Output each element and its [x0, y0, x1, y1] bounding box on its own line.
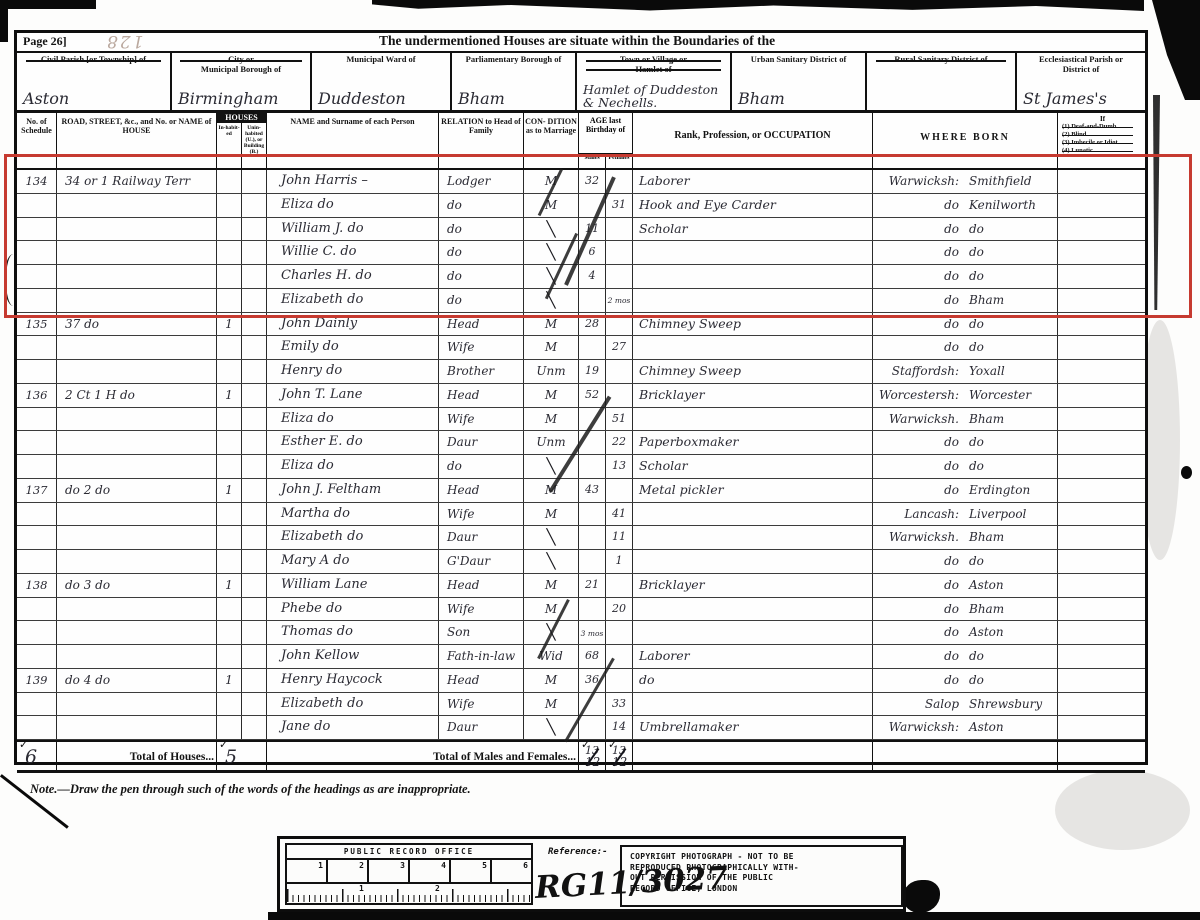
cell-relation: Daur — [439, 431, 524, 454]
cell-infirmities — [1058, 241, 1145, 264]
col-header-infirm-title: If — [1062, 115, 1143, 123]
cell-schedule — [17, 241, 57, 264]
cell-inhabited — [217, 503, 242, 526]
cell-schedule — [17, 431, 57, 454]
cell-condition: ╲ — [524, 289, 579, 312]
district-label: Municipal Ward of — [312, 55, 450, 65]
cell-condition: ╲ — [524, 526, 579, 549]
cell-infirmities — [1058, 574, 1145, 597]
cell-schedule: 134 — [17, 170, 57, 193]
cell-born: dodo — [873, 645, 1058, 668]
cell-infirmities — [1058, 170, 1145, 193]
total-males-new: 12 — [585, 755, 600, 769]
cell-born: Warwicksh:Aston — [873, 716, 1058, 739]
cell-uninhabited — [242, 170, 267, 193]
cell-born: doKenilworth — [873, 194, 1058, 217]
census-scan-page: Page 26] 128 The undermentioned Houses a… — [0, 0, 1200, 920]
cell-born: doBham — [873, 598, 1058, 621]
ruler-cm-label: 1 — [359, 884, 364, 893]
cell-uninhabited — [242, 194, 267, 217]
cell-inhabited: 1 — [217, 574, 242, 597]
cell-uninhabited — [242, 550, 267, 573]
cell-condition: M — [524, 693, 579, 716]
cell-born: doAston — [873, 621, 1058, 644]
cell-age_f — [606, 621, 633, 644]
district-value: Hamlet of Duddeston& Nechells. — [583, 83, 718, 109]
cell-name: John J. Feltham — [267, 479, 439, 502]
cell-relation: Son — [439, 621, 524, 644]
cell-inhabited: 1 — [217, 384, 242, 407]
cell-inhabited — [217, 693, 242, 716]
cell-age_m: 21 — [579, 574, 606, 597]
cell-name: Charles H. do — [267, 265, 439, 288]
cell-relation: do — [439, 289, 524, 312]
check-mark: ✓ — [19, 738, 28, 751]
table-row: Phebe doWifeM20doBham — [17, 598, 1145, 622]
cell-inhabited — [217, 598, 242, 621]
col-header-infirm-item: (2) Blind — [1062, 131, 1143, 139]
cell-uninhabited — [242, 218, 267, 241]
cell-name: Emily do — [267, 336, 439, 359]
cell-name: John Kellow — [267, 645, 439, 668]
cell-age_m — [579, 716, 606, 739]
table-row: 138do 3 do1William LaneHeadM21Bricklayer… — [17, 574, 1145, 598]
cell-occupation: Scholar — [633, 455, 873, 478]
cell-address: 37 do — [57, 313, 217, 336]
cell-inhabited — [217, 170, 242, 193]
table-row: Eliza dodoM31Hook and Eye CarderdoKenilw… — [17, 194, 1145, 218]
scan-artifact-top-left-v — [0, 0, 8, 42]
col-header-age-title: AGE last Birthday of — [579, 113, 632, 153]
col-header-infirmities: If (1) Deaf-and-Dumb(2) Blind(3) Imbecil… — [1058, 113, 1145, 168]
scan-artifact-top-bar — [372, 0, 1144, 11]
cell-age_m — [579, 455, 606, 478]
scan-smudge-bottom-right — [1055, 770, 1190, 850]
cell-address: do 4 do — [57, 669, 217, 692]
total-males-females-label: Total of Males and Females... — [267, 742, 579, 772]
column-header-row: No. of Schedule ROAD, STREET, &c., and N… — [17, 113, 1145, 170]
cell-relation: Brother — [439, 360, 524, 383]
cell-uninhabited — [242, 669, 267, 692]
table-row: 137do 2 do1John J. FelthamHeadM43Metal p… — [17, 479, 1145, 503]
cell-condition: M — [524, 598, 579, 621]
cell-occupation — [633, 598, 873, 621]
table-row: 1362 Ct 1 H do1John T. LaneHeadM52Brickl… — [17, 384, 1145, 408]
cell-born: dodo — [873, 669, 1058, 692]
cell-address — [57, 598, 217, 621]
cell-occupation: Bricklayer — [633, 384, 873, 407]
cell-age_f: 33 — [606, 693, 633, 716]
cell-age_m — [579, 503, 606, 526]
cell-inhabited — [217, 408, 242, 431]
cell-infirmities — [1058, 313, 1145, 336]
pro-ruler: PUBLIC RECORD OFFICE 123456 1 2 — [285, 843, 533, 905]
cell-relation: Head — [439, 574, 524, 597]
scan-artifact-bottom-blob — [903, 880, 940, 913]
cell-address — [57, 693, 217, 716]
cell-born: dodo — [873, 336, 1058, 359]
col-header-inhabited: In-habit-ed — [217, 123, 242, 168]
cell-occupation: Umbrellamaker — [633, 716, 873, 739]
cell-age_f: 2 mos — [606, 289, 633, 312]
cell-age_m — [579, 336, 606, 359]
table-row: Emily doWifeM27dodo — [17, 336, 1145, 360]
cell-age_m: 3 mos — [579, 621, 606, 644]
cell-name: Esther E. do — [267, 431, 439, 454]
district-cell-6: Rural Sanitary District of — [867, 53, 1017, 110]
cell-occupation — [633, 408, 873, 431]
check-mark: ✓ — [219, 738, 228, 751]
cell-infirmities — [1058, 479, 1145, 502]
cell-born: doErdington — [873, 479, 1058, 502]
cell-condition: M — [524, 336, 579, 359]
cell-schedule — [17, 408, 57, 431]
district-label: City or — [172, 55, 310, 65]
scan-artifact-right-streak — [1153, 95, 1160, 310]
cell-relation: Wife — [439, 598, 524, 621]
cell-occupation: Scholar — [633, 218, 873, 241]
folio-stamp-number: 128 — [105, 31, 143, 51]
cell-schedule: 139 — [17, 669, 57, 692]
cell-address — [57, 289, 217, 312]
cell-uninhabited — [242, 503, 267, 526]
scan-artifact-top-right — [1140, 0, 1200, 100]
footer-note: Note.—Draw the pen through such of the w… — [30, 782, 471, 797]
cell-address: 34 or 1 Railway Terr — [57, 170, 217, 193]
ruler-inch-label: 1 — [287, 860, 328, 882]
cell-relation: do — [439, 218, 524, 241]
ruler-cm-scale: 1 2 — [287, 884, 531, 902]
cell-address — [57, 503, 217, 526]
cell-schedule — [17, 716, 57, 739]
cell-relation: Head — [439, 384, 524, 407]
cell-address: do 3 do — [57, 574, 217, 597]
cell-name: John Harris – — [267, 170, 439, 193]
cell-born: dodo — [873, 431, 1058, 454]
district-label: District of — [1017, 65, 1145, 75]
cell-born: dodo — [873, 265, 1058, 288]
cell-condition: Wid — [524, 645, 579, 668]
cell-born: dodo — [873, 455, 1058, 478]
total-houses-value-cell: ✓ 5 — [217, 742, 267, 772]
district-value: St James's — [1023, 89, 1107, 108]
cell-age_f — [606, 218, 633, 241]
copyright-line: RECORD OFFICE, LONDON — [630, 884, 901, 895]
cell-condition: M — [524, 408, 579, 431]
cell-condition: Unm — [524, 431, 579, 454]
col-header-born: WHERE BORN — [873, 113, 1058, 168]
cell-schedule — [17, 693, 57, 716]
ruler-inch-label: 2 — [328, 860, 369, 882]
cell-inhabited — [217, 431, 242, 454]
total-males-cell: ✓ 13 12 — [579, 742, 606, 772]
cell-infirmities — [1058, 360, 1145, 383]
cell-uninhabited — [242, 526, 267, 549]
cell-uninhabited — [242, 408, 267, 431]
cell-infirmities — [1058, 384, 1145, 407]
cell-address — [57, 550, 217, 573]
cell-name: Eliza do — [267, 455, 439, 478]
cell-uninhabited — [242, 598, 267, 621]
cell-relation: Head — [439, 313, 524, 336]
col-header-schedule: No. of Schedule — [17, 113, 57, 168]
district-label: Parliamentary Borough of — [452, 55, 575, 65]
cell-inhabited — [217, 194, 242, 217]
cell-age_m — [579, 550, 606, 573]
cell-relation: Lodger — [439, 170, 524, 193]
cell-occupation: Laborer — [633, 170, 873, 193]
district-label: Municipal Borough of — [172, 65, 310, 75]
cell-born: Worcestersh:Worcester — [873, 384, 1058, 407]
cell-infirmities — [1058, 194, 1145, 217]
cell-occupation — [633, 336, 873, 359]
cell-address — [57, 218, 217, 241]
cell-age_f: 41 — [606, 503, 633, 526]
cell-condition: ╲ — [524, 218, 579, 241]
cell-relation: Fath-in-law — [439, 645, 524, 668]
cell-schedule — [17, 360, 57, 383]
col-header-uninhabited: Unin-habited (U.), or Building (B.) — [242, 123, 266, 168]
cell-inhabited — [217, 716, 242, 739]
cell-relation: do — [439, 455, 524, 478]
cell-inhabited — [217, 360, 242, 383]
total-females-value: 13 12 — [612, 744, 627, 769]
cell-inhabited — [217, 336, 242, 359]
cell-born: SalopShrewsbury — [873, 693, 1058, 716]
cell-uninhabited — [242, 621, 267, 644]
pro-reference-stamp: PUBLIC RECORD OFFICE 123456 1 2 Referenc… — [277, 836, 906, 912]
census-table: Page 26] 128 The undermentioned Houses a… — [14, 30, 1148, 765]
cell-name: Eliza do — [267, 408, 439, 431]
col-header-infirm-item: (1) Deaf-and-Dumb — [1062, 123, 1143, 131]
district-label: Urban Sanitary District of — [732, 55, 865, 65]
cell-infirmities — [1058, 431, 1145, 454]
cell-occupation: Bricklayer — [633, 574, 873, 597]
cell-inhabited: 1 — [217, 669, 242, 692]
table-row: Charles H. dodo╲4dodo — [17, 265, 1145, 289]
cell-address — [57, 716, 217, 739]
cell-name: John Dainly — [267, 313, 439, 336]
cell-condition: M — [524, 313, 579, 336]
cell-schedule — [17, 455, 57, 478]
copyright-notice: COPYRIGHT PHOTOGRAPH - NOT TO BE REPRODU… — [620, 845, 903, 907]
cell-address — [57, 431, 217, 454]
cell-infirmities — [1058, 526, 1145, 549]
cell-name: John T. Lane — [267, 384, 439, 407]
district-value: Duddeston — [318, 89, 406, 108]
cell-inhabited — [217, 241, 242, 264]
cell-occupation — [633, 241, 873, 264]
col-header-name: NAME and Surname of each Person — [267, 113, 439, 168]
cell-name: Elizabeth do — [267, 693, 439, 716]
copyright-line: OUT PERMISSION OF THE PUBLIC — [630, 873, 901, 884]
cell-occupation — [633, 265, 873, 288]
cell-name: Martha do — [267, 503, 439, 526]
cell-infirmities — [1058, 218, 1145, 241]
cell-uninhabited — [242, 479, 267, 502]
cell-infirmities — [1058, 408, 1145, 431]
cell-age_f — [606, 384, 633, 407]
cell-schedule — [17, 218, 57, 241]
cell-schedule — [17, 621, 57, 644]
cell-condition: M — [524, 194, 579, 217]
cell-occupation: Laborer — [633, 645, 873, 668]
cell-occupation — [633, 693, 873, 716]
cell-inhabited — [217, 550, 242, 573]
cell-schedule: 136 — [17, 384, 57, 407]
cell-relation: do — [439, 265, 524, 288]
cell-address — [57, 360, 217, 383]
totals-row: ✓ 6 Total of Houses... ✓ 5 Total of Male… — [17, 740, 1145, 773]
col-header-houses-title: HOUSES — [217, 113, 266, 123]
cell-occupation — [633, 289, 873, 312]
cell-occupation: Chimney Sweep — [633, 313, 873, 336]
title-row: Page 26] 128 The undermentioned Houses a… — [17, 33, 1145, 53]
total-houses-label: Total of Houses... — [57, 742, 217, 772]
page-title: The undermentioned Houses are situate wi… — [379, 33, 775, 49]
cell-name: Jane do — [267, 716, 439, 739]
col-header-infirm-item: (4) Lunatic — [1062, 147, 1143, 155]
cell-age_m: 43 — [579, 479, 606, 502]
district-cell-4: Town or Village orHamlet ofHamlet of Dud… — [577, 53, 732, 110]
district-value: Bham — [738, 89, 785, 108]
cell-age_m — [579, 289, 606, 312]
cell-age_f — [606, 479, 633, 502]
cell-age_f — [606, 265, 633, 288]
cell-infirmities — [1058, 455, 1145, 478]
district-label: Hamlet of — [577, 65, 730, 75]
totals-empty-born — [873, 742, 1058, 772]
cell-age_f: 27 — [606, 336, 633, 359]
cell-name: Elizabeth do — [267, 289, 439, 312]
ruler-inch-label: 4 — [410, 860, 451, 882]
cell-relation: do — [439, 194, 524, 217]
cell-infirmities — [1058, 550, 1145, 573]
cell-condition: M — [524, 503, 579, 526]
cell-relation: do — [439, 241, 524, 264]
table-row: 13537 do1John DainlyHeadM28Chimney Sweep… — [17, 313, 1145, 337]
totals-empty-infirm — [1058, 742, 1145, 772]
cell-schedule: 135 — [17, 313, 57, 336]
table-row: Eliza doWifeM51Warwicksh.Bham — [17, 408, 1145, 432]
cell-uninhabited — [242, 431, 267, 454]
col-header-road: ROAD, STREET, &c., and No. or NAME of HO… — [57, 113, 217, 168]
col-header-age-males: Males — [579, 154, 606, 168]
scan-artifact-right-dot — [1181, 466, 1192, 479]
district-label: Rural Sanitary District of — [867, 55, 1015, 65]
cell-occupation — [633, 621, 873, 644]
cell-age_f: 20 — [606, 598, 633, 621]
table-row: Martha doWifeM41Lancash:Liverpool — [17, 503, 1145, 527]
cell-inhabited: 1 — [217, 479, 242, 502]
ruler-cm-label: 2 — [435, 884, 440, 893]
table-row: Mary A doG'Daur╲1dodo — [17, 550, 1145, 574]
cell-condition: Unm — [524, 360, 579, 383]
cell-age_f: 51 — [606, 408, 633, 431]
cell-inhabited — [217, 455, 242, 478]
cell-infirmities — [1058, 645, 1145, 668]
cell-age_m — [579, 598, 606, 621]
census-rows: 13434 or 1 Railway TerrJohn Harris –Lodg… — [17, 170, 1145, 740]
cell-schedule — [17, 289, 57, 312]
cell-address — [57, 241, 217, 264]
district-cell-0: Civil Parish [or Township] ofAston — [17, 53, 172, 110]
page-number-label: Page 26] — [23, 34, 67, 49]
cell-occupation: Hook and Eye Carder — [633, 194, 873, 217]
scan-artifact-top-left-h — [0, 0, 96, 9]
total-houses-count-cell: ✓ 6 — [17, 742, 57, 772]
cell-schedule — [17, 265, 57, 288]
district-value: Birmingham — [178, 89, 278, 108]
table-row: John KellowFath-in-lawWid68Laborerdodo — [17, 645, 1145, 669]
cell-occupation: Metal pickler — [633, 479, 873, 502]
cell-inhabited — [217, 526, 242, 549]
cell-infirmities — [1058, 289, 1145, 312]
cell-relation: G'Daur — [439, 550, 524, 573]
cell-born: doAston — [873, 574, 1058, 597]
ruler-inch-label: 5 — [451, 860, 492, 882]
table-row: Jane doDaur╲14UmbrellamakerWarwicksh:Ast… — [17, 716, 1145, 740]
cell-name: William J. do — [267, 218, 439, 241]
district-cell-5: Urban Sanitary District ofBham — [732, 53, 867, 110]
col-header-occupation: Rank, Profession, or OCCUPATION — [633, 113, 873, 168]
table-row: 139do 4 do1Henry HaycockHeadM36dododo — [17, 669, 1145, 693]
cell-occupation — [633, 503, 873, 526]
cell-schedule — [17, 194, 57, 217]
cell-relation: Wife — [439, 336, 524, 359]
cell-infirmities — [1058, 598, 1145, 621]
cell-age_f: 1 — [606, 550, 633, 573]
cell-name: Willie C. do — [267, 241, 439, 264]
cell-address — [57, 265, 217, 288]
cell-uninhabited — [242, 336, 267, 359]
cell-name: William Lane — [267, 574, 439, 597]
cell-inhabited: 1 — [217, 313, 242, 336]
cell-infirmities — [1058, 503, 1145, 526]
cell-condition: M — [524, 574, 579, 597]
cell-age_f: 13 — [606, 455, 633, 478]
cell-age_m: 68 — [579, 645, 606, 668]
col-header-age: AGE last Birthday of Males Females — [579, 113, 633, 168]
ruler-inch-label: 6 — [492, 860, 531, 882]
ruler-inch-label: 3 — [369, 860, 410, 882]
cell-schedule — [17, 526, 57, 549]
district-header-row: Civil Parish [or Township] ofAstonCity o… — [17, 53, 1145, 113]
cell-name: Mary A do — [267, 550, 439, 573]
district-label: Civil Parish [or Township] of — [17, 55, 170, 65]
cell-age_m: 19 — [579, 360, 606, 383]
col-header-houses: HOUSES In-habit-ed Unin-habited (U.), or… — [217, 113, 267, 168]
col-header-condition: CON- DITION as to Marriage — [524, 113, 579, 168]
cell-occupation — [633, 550, 873, 573]
cell-occupation — [633, 526, 873, 549]
cell-relation: Head — [439, 669, 524, 692]
cell-name: Phebe do — [267, 598, 439, 621]
cell-born: Staffordsh:Yoxall — [873, 360, 1058, 383]
cell-address — [57, 621, 217, 644]
cell-infirmities — [1058, 265, 1145, 288]
district-value: Bham — [458, 89, 505, 108]
cell-schedule: 138 — [17, 574, 57, 597]
table-row: 13434 or 1 Railway TerrJohn Harris –Lodg… — [17, 170, 1145, 194]
cell-born: Lancash:Liverpool — [873, 503, 1058, 526]
district-value: Aston — [23, 89, 69, 108]
cell-uninhabited — [242, 241, 267, 264]
cell-name: Henry Haycock — [267, 669, 439, 692]
cell-uninhabited — [242, 289, 267, 312]
cell-born: Warwicksh:Smithfield — [873, 170, 1058, 193]
cell-address — [57, 645, 217, 668]
